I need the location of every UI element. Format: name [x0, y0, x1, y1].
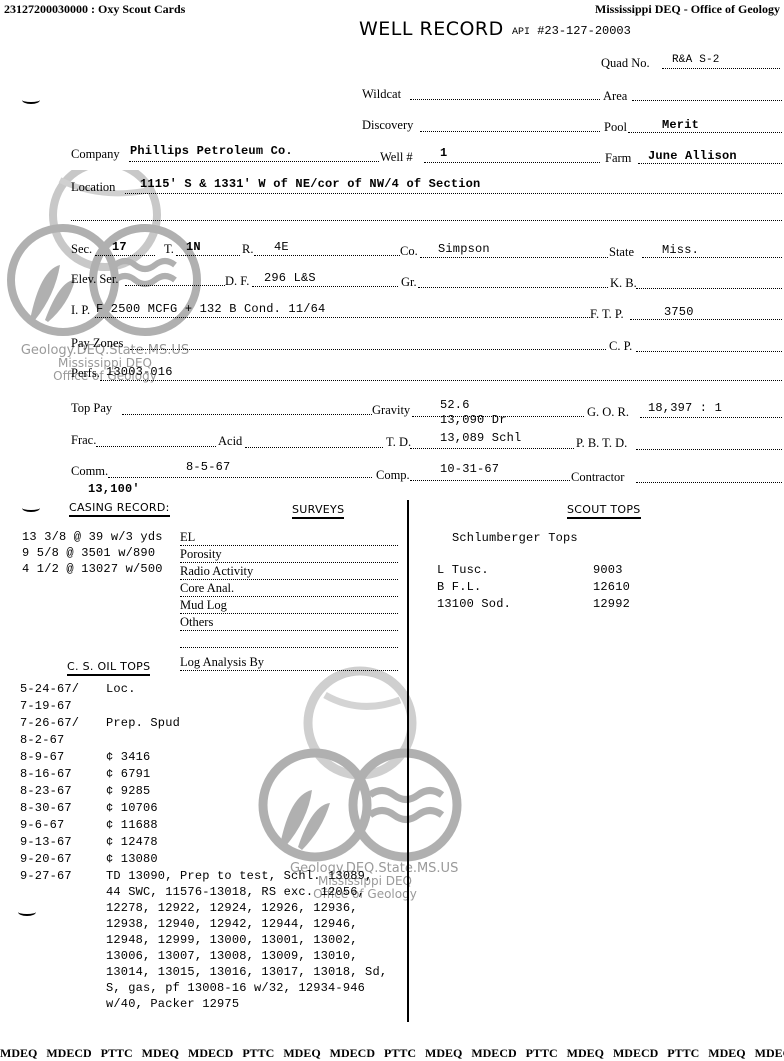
- oil-top-row: 9-27-67TD 13090, Prep to test, Schl. 130…: [20, 867, 387, 884]
- td-driller-value: 13,090 Dr: [440, 413, 507, 427]
- footer-watermark-strip: MDEQ MDECD PTTC MDEQ MDECD PTTC MDEQ MDE…: [0, 1046, 784, 1061]
- county-label: Co.: [400, 244, 418, 259]
- well-no-value: 1: [440, 146, 447, 160]
- pool-value: Merit: [662, 118, 699, 132]
- casing-record-heading: CASING RECORD:: [69, 501, 170, 517]
- company-value: Phillips Petroleum Co.: [130, 144, 293, 158]
- oil-top-row: 7-26-67/Prep. Spud: [20, 714, 387, 731]
- survey-item-mud-log: Mud Log: [180, 597, 398, 614]
- oil-top-row: 9-20-67¢ 13080: [20, 850, 387, 867]
- cp-label: C. P.: [609, 339, 632, 354]
- top-pay-label: Top Pay: [71, 401, 112, 416]
- survey-item-porosity: Porosity: [180, 546, 398, 563]
- agency-label: Mississippi DEQ - Office of Geology: [595, 2, 780, 17]
- column-divider: [407, 500, 409, 1022]
- comm-label: Comm.: [71, 464, 108, 479]
- gor-label: G. O. R.: [587, 405, 629, 420]
- oil-top-row: 7-19-67: [20, 697, 387, 714]
- oil-top-row: 8-16-67¢ 6791: [20, 765, 387, 782]
- well-no-label: Well #: [380, 150, 413, 165]
- township-label: T.: [164, 242, 174, 257]
- oil-top-row: 9-13-67¢ 12478: [20, 833, 387, 850]
- df-value: 296 L&S: [264, 271, 316, 285]
- perfs-value: 13003-016: [106, 365, 173, 379]
- gr-label: Gr.: [401, 275, 417, 290]
- sec-label: Sec.: [71, 242, 92, 257]
- perfs-label: Perfs.: [71, 366, 100, 381]
- document-source-label: 23127200030000 : Oxy Scout Cards: [4, 2, 185, 17]
- casing-row: 9 5/8 @ 3501 w/890: [22, 545, 163, 561]
- scout-top-row: L Tusc.9003: [437, 561, 630, 578]
- api-label: API: [512, 27, 530, 38]
- quad-no-value: R&A S-2: [672, 54, 720, 66]
- township-value: 1N: [186, 240, 201, 254]
- county-value: Simpson: [438, 242, 490, 256]
- survey-item-radio-activity: Radio Activity: [180, 563, 398, 580]
- comm-value: 8-5-67: [186, 460, 230, 474]
- ip-value: F 2500 MCFG + 132 B Cond. 11/64: [96, 302, 325, 316]
- projected-depth-value: 13,100': [88, 482, 140, 496]
- pbtd-label: P. B. T. D.: [576, 436, 627, 451]
- gravity-value: 52.6: [440, 398, 470, 412]
- farm-label: Farm: [605, 151, 631, 166]
- location-value: 1115' S & 1331' W of NE/cor of NW/4 of S…: [140, 177, 480, 191]
- gor-value: 18,397 : 1: [648, 401, 722, 415]
- oil-tops-heading: C. S. OIL TOPS: [67, 660, 150, 676]
- comp-value: 10-31-67: [440, 462, 499, 476]
- area-label: Area: [603, 89, 627, 104]
- acid-label: Acid: [218, 434, 242, 449]
- punch-mark: [22, 96, 40, 104]
- df-label: D. F.: [225, 274, 249, 289]
- discovery-label: Discovery: [362, 118, 413, 133]
- survey-item-core-anal: Core Anal.: [180, 580, 398, 597]
- elev-ser-label: Elev. Ser.: [71, 272, 118, 287]
- survey-item-log-analysis: Log Analysis By: [180, 654, 398, 671]
- ftp-value: 3750: [664, 305, 694, 319]
- scout-tops-list: L Tusc.9003 B F.L.12610 13100 Sod.12992: [437, 561, 630, 612]
- farm-value: June Allison: [648, 149, 737, 163]
- casing-record-list: 13 3/8 @ 39 w/3 yds 9 5/8 @ 3501 w/890 4…: [22, 529, 163, 577]
- oil-top-row: 8-2-67: [20, 731, 387, 748]
- oil-top-row: 8-9-67¢ 3416: [20, 748, 387, 765]
- ftp-label: F. T. P.: [590, 307, 624, 322]
- pool-label: Pool: [604, 120, 627, 135]
- page-title: WELL RECORD: [359, 18, 504, 40]
- state-value: Miss.: [662, 243, 699, 257]
- scout-top-row: B F.L.12610: [437, 578, 630, 595]
- oil-top-row: 9-6-67¢ 11688: [20, 816, 387, 833]
- api-value: #23-127-20003: [537, 24, 631, 38]
- sec-value: 17: [112, 240, 127, 254]
- td-value: 13,089 Schl: [440, 431, 521, 445]
- survey-item-el: EL: [180, 529, 398, 546]
- td-label: T. D.: [386, 435, 411, 450]
- scout-tops-heading: SCOUT TOPS: [567, 503, 641, 519]
- oil-tops-list: 5-24-67/Loc. 7-19-67 7-26-67/Prep. Spud …: [20, 680, 387, 1012]
- casing-row: 4 1/2 @ 13027 w/500: [22, 561, 163, 577]
- frac-label: Frac.: [71, 433, 96, 448]
- scout-top-row: 13100 Sod.12992: [437, 595, 630, 612]
- punch-mark: [22, 504, 40, 512]
- range-label: R.: [242, 242, 253, 257]
- contractor-label: Contractor: [571, 470, 624, 485]
- survey-item-others: Others: [180, 614, 398, 631]
- scout-tops-subtitle: Schlumberger Tops: [452, 531, 578, 545]
- survey-item-blank: [180, 631, 398, 648]
- surveys-heading: SURVEYS: [292, 503, 344, 519]
- pay-zones-label: Pay Zones: [71, 336, 123, 351]
- company-label: Company: [71, 147, 120, 162]
- oil-top-row: 5-24-67/Loc.: [20, 680, 387, 697]
- range-value: 4E: [274, 240, 289, 254]
- ip-label: I. P.: [71, 303, 90, 318]
- comp-label: Comp.: [376, 468, 410, 483]
- api-field: API #23-127-20003: [512, 24, 631, 38]
- oil-top-row: 8-30-67¢ 10706: [20, 799, 387, 816]
- gravity-label: Gravity: [372, 403, 410, 418]
- state-label: State: [609, 245, 634, 260]
- quad-no-label: Quad No.: [601, 56, 650, 71]
- location-label: Location: [71, 180, 115, 195]
- wildcat-label: Wildcat: [362, 87, 401, 102]
- mdeq-watermark-logo-upper: [0, 170, 250, 350]
- surveys-list: EL Porosity Radio Activity Core Anal. Mu…: [180, 529, 398, 671]
- oil-top-row: 8-23-67¢ 9285: [20, 782, 387, 799]
- oil-top-continuation: 44 SWC, 11576-13018, RS exc. 12056, 1227…: [20, 884, 387, 1012]
- kb-label: K. B.: [610, 276, 637, 291]
- casing-row: 13 3/8 @ 39 w/3 yds: [22, 529, 163, 545]
